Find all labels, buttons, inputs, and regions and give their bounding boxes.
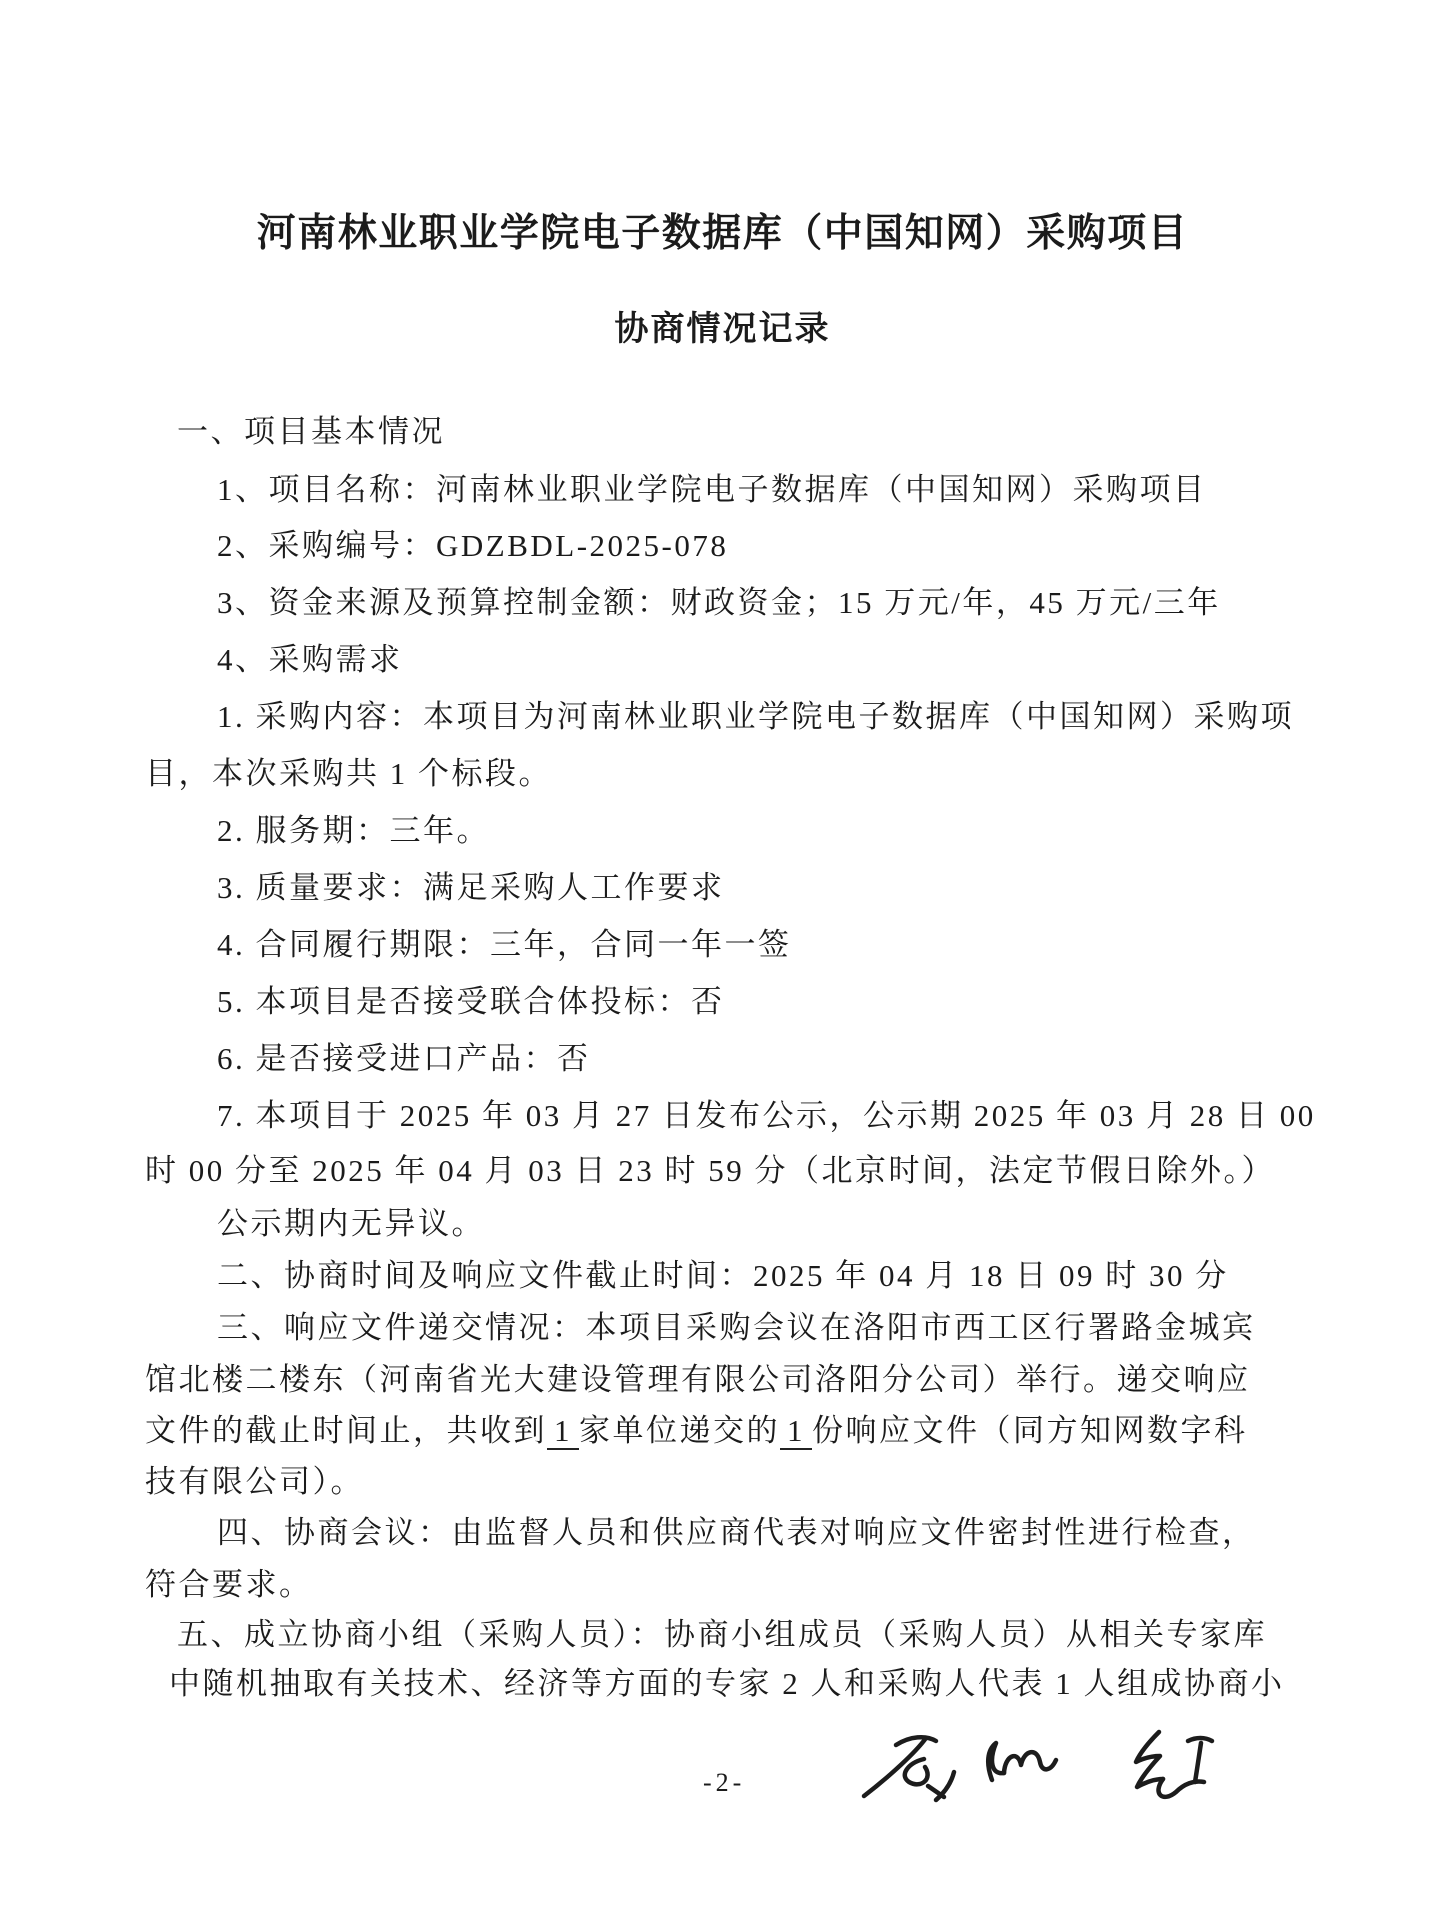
document-title: 河南林业职业学院电子数据库（中国知网）采购项目 — [0, 202, 1445, 258]
handwritten-signature — [852, 1712, 1227, 1827]
doc-line-item-3: 3、资金来源及预算控制金额：财政资金；15 万元/年，45 万元/三年 — [145, 584, 1221, 623]
underlined-count-documents: 1 — [780, 1415, 812, 1450]
doc-line-req-7-cont: 时 00 分至 2025 年 04 月 03 日 23 时 59 分（北京时间，… — [145, 1152, 1275, 1191]
doc-text-segment: 份响应文件（同方知网数字科 — [812, 1413, 1248, 1448]
doc-line-section-1: 一、项目基本情况 — [145, 413, 445, 452]
document-subtitle: 协商情况记录 — [0, 301, 1445, 350]
doc-line-req-1-cont: 目，本次采购共 1 个标段。 — [145, 755, 552, 794]
doc-line-section-5: 五、成立协商小组（采购人员）：协商小组成员（采购人员）从相关专家库 — [145, 1616, 1267, 1655]
document-page: 河南林业职业学院电子数据库（中国知网）采购项目 协商情况记录 一、项目基本情况 … — [0, 0, 1445, 1912]
doc-line-req-4: 4. 合同履行期限：三年，合同一年一签 — [145, 926, 792, 965]
doc-line-req-6: 6. 是否接受进口产品：否 — [145, 1040, 591, 1079]
doc-line-req-5: 5. 本项目是否接受联合体投标：否 — [145, 983, 725, 1022]
doc-line-item-4: 4、采购需求 — [145, 641, 403, 680]
doc-line-req-3: 3. 质量要求：满足采购人工作要求 — [145, 869, 725, 908]
doc-text-segment: 家单位递交的 — [579, 1413, 780, 1448]
doc-line-item-2: 2、采购编号：GDZBDL-2025-078 — [145, 527, 728, 566]
doc-line-section-3-cont-3: 技有限公司）。 — [145, 1463, 364, 1502]
underlined-count-suppliers: 1 — [547, 1415, 579, 1450]
doc-line-item-1: 1、项目名称：河南林业职业学院电子数据库（中国知网）采购项目 — [145, 471, 1207, 510]
doc-line-section-4-cont: 符合要求。 — [145, 1566, 313, 1605]
doc-line-section-2: 二、协商时间及响应文件截止时间：2025 年 04 月 18 日 09 时 30… — [145, 1257, 1229, 1296]
doc-line-section-3-cont-2: 文件的截止时间止，共收到1家单位递交的1份响应文件（同方知网数字科 — [145, 1412, 1248, 1451]
doc-line-section-4: 四、协商会议：由监督人员和供应商代表对响应文件密封性进行检查， — [145, 1514, 1256, 1553]
page-number: -2- — [703, 1768, 745, 1798]
doc-line-req-2: 2. 服务期：三年。 — [145, 812, 490, 851]
doc-line-section-5-cont: 中随机抽取有关技术、经济等方面的专家 2 人和采购人代表 1 人组成协商小 — [145, 1665, 1285, 1704]
doc-line-section-3: 三、响应文件递交情况：本项目采购会议在洛阳市西工区行署路金城宾 — [145, 1309, 1256, 1348]
doc-line-no-objection: 公示期内无异议。 — [145, 1205, 485, 1244]
doc-line-section-3-cont-1: 馆北楼二楼东（河南省光大建设管理有限公司洛阳分公司）举行。递交响应 — [145, 1361, 1251, 1400]
doc-line-req-1: 1. 采购内容：本项目为河南林业职业学院电子数据库（中国知网）采购项 — [145, 698, 1294, 737]
doc-text-segment: 文件的截止时间止，共收到 — [145, 1413, 547, 1448]
doc-line-req-7: 7. 本项目于 2025 年 03 月 27 日发布公示，公示期 2025 年 … — [145, 1097, 1316, 1136]
